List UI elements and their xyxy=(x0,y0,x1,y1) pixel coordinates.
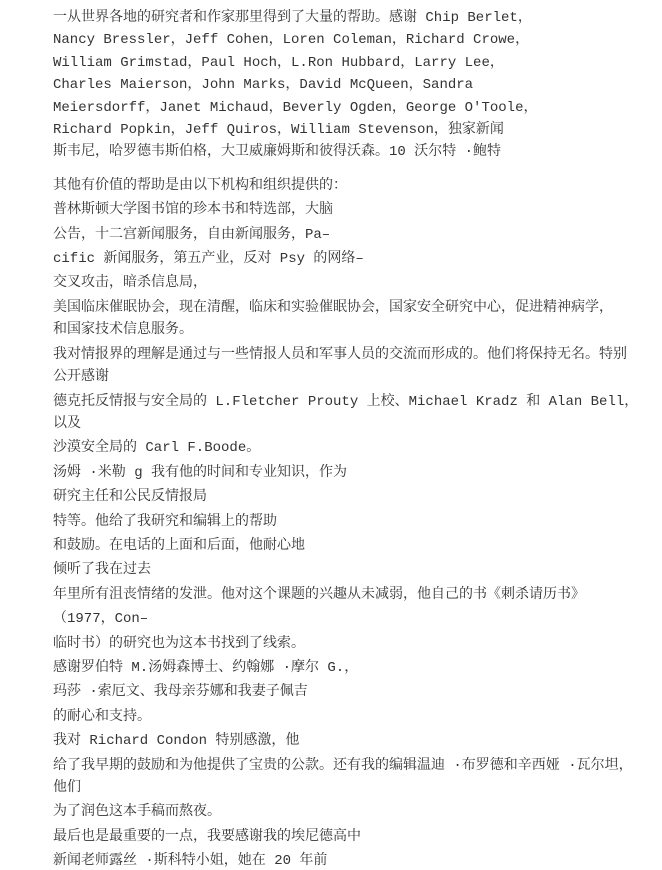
text-line: 沙漠安全局的 Carl F.Boode。 xyxy=(53,440,260,456)
text-line: Nancy Bressler，Jeff Cohen，Loren Coleman，… xyxy=(53,32,529,48)
text-line: 我对 Richard Condon 特别感激，他 xyxy=(53,733,299,749)
text-line: 新闻老师露丝 ·斯科特小姐，她在 20 年前 xyxy=(53,853,327,869)
text-line: 德克托反情报与安全局的 L.Fletcher Prouty 上校、Michael… xyxy=(53,394,638,410)
paragraph: 年里所有沮丧情绪的发泄。他对这个课题的兴趣从未减弱，他自己的书《刺杀请历书》 xyxy=(53,584,648,606)
paragraph: 最后也是最重要的一点，我要感谢我的埃尼德高中 xyxy=(53,826,648,848)
text-line: 给了我早期的鼓励和为他提供了宝贵的公款。还有我的编辑温迪 ·布罗德和辛西娅 ·瓦… xyxy=(53,758,633,774)
document-page: 一从世界各地的研究者和作家那里得到了大量的帮助。感谢 Chip Berlet，N… xyxy=(0,0,662,870)
text-line: 一从世界各地的研究者和作家那里得到了大量的帮助。感谢 Chip Berlet， xyxy=(53,10,532,26)
paragraph: 给了我早期的鼓励和为他提供了宝贵的公款。还有我的编辑温迪 ·布罗德和辛西娅 ·瓦… xyxy=(53,755,648,800)
paragraph: 玛莎 ·索厄文、我母亲芬娜和我妻子佩吉 xyxy=(53,681,648,703)
text-line: Richard Popkin，Jeff Quiros，William Steve… xyxy=(53,122,504,138)
text-line: 临时书）的研究也为这本书找到了线索。 xyxy=(53,636,305,652)
text-line: Meiersdorff，Janet Michaud，Beverly Ogden，… xyxy=(53,100,537,116)
text-line: 年里所有沮丧情绪的发泄。他对这个课题的兴趣从未减弱，他自己的书《刺杀请历书》 xyxy=(53,587,585,603)
paragraph: 其他有价值的帮助是由以下机构和组织提供的： xyxy=(53,175,648,197)
paragraph: 美国临床催眠协会，现在清醒，临床和实验催眠协会，国家安全研究中心，促进精神病学，… xyxy=(53,297,648,342)
text-line: 斯韦尼，哈罗德韦斯伯格，大卫威廉姆斯和彼得沃森。10 沃尔特 ·鲍特 xyxy=(53,144,501,160)
text-line: cific 新闻服务，第五产业，反对 Psy 的网络– xyxy=(53,251,364,267)
text-line: 和国家技术信息服务。 xyxy=(53,322,193,338)
paragraph: 沙漠安全局的 Carl F.Boode。 xyxy=(53,437,648,459)
text-line: 公开感谢 xyxy=(53,369,109,385)
paragraph: 德克托反情报与安全局的 L.Fletcher Prouty 上校、Michael… xyxy=(53,391,648,436)
paragraph: 和鼓励。在电话的上面和后面，他耐心地 xyxy=(53,535,648,557)
paragraph: 我对情报界的理解是通过与一些情报人员和军事人员的交流而形成的。他们将保持无名。特… xyxy=(53,344,648,389)
text-line: 和鼓励。在电话的上面和后面，他耐心地 xyxy=(53,538,305,554)
paragraph: cific 新闻服务，第五产业，反对 Psy 的网络– xyxy=(53,248,648,270)
text-line: 其他有价值的帮助是由以下机构和组织提供的： xyxy=(53,178,347,194)
paragraph: 一从世界各地的研究者和作家那里得到了大量的帮助。感谢 Chip Berlet，N… xyxy=(53,7,648,164)
paragraph: 为了润色这本手稿而熬夜。 xyxy=(53,801,648,823)
paragraph: 研究主任和公民反情报局 xyxy=(53,486,648,508)
text-line: 玛莎 ·索厄文、我母亲芬娜和我妻子佩吉 xyxy=(53,684,308,700)
document-body: 一从世界各地的研究者和作家那里得到了大量的帮助。感谢 Chip Berlet，N… xyxy=(53,7,648,870)
paragraph: 特等。他给了我研究和编辑上的帮助 xyxy=(53,511,648,533)
text-line: 感谢罗伯特 M.汤姆森博士、约翰娜 ·摩尔 G.， xyxy=(53,660,358,676)
text-line: 研究主任和公民反情报局 xyxy=(53,489,207,505)
text-line: 倾听了我在过去 xyxy=(53,562,151,578)
paragraph: 新闻老师露丝 ·斯科特小姐，她在 20 年前 xyxy=(53,850,648,870)
text-line: 最后也是最重要的一点，我要感谢我的埃尼德高中 xyxy=(53,829,361,845)
paragraph: 交叉攻击，暗杀信息局， xyxy=(53,272,648,294)
paragraph: （1977，Con– xyxy=(53,608,648,630)
text-line: 汤姆 ·米勒 g 我有他的时间和专业知识，作为 xyxy=(53,465,347,481)
paragraph: 感谢罗伯特 M.汤姆森博士、约翰娜 ·摩尔 G.， xyxy=(53,657,648,679)
paragraph: 汤姆 ·米勒 g 我有他的时间和专业知识，作为 xyxy=(53,462,648,484)
text-line: 公告，十二宫新闻服务，自由新闻服务，Pa– xyxy=(53,227,330,243)
paragraph: 倾听了我在过去 xyxy=(53,559,648,581)
text-line: 普林斯顿大学图书馆的珍本书和特选部，大脑 xyxy=(53,202,333,218)
paragraph: 的耐心和支持。 xyxy=(53,706,648,728)
text-line: 交叉攻击，暗杀信息局， xyxy=(53,275,207,291)
text-line: 我对情报界的理解是通过与一些情报人员和军事人员的交流而形成的。他们将保持无名。特… xyxy=(53,347,627,363)
text-line: Charles Maierson，John Marks，David McQuee… xyxy=(53,77,473,93)
text-line: 他们 xyxy=(53,780,81,796)
text-line: 美国临床催眠协会，现在清醒，临床和实验催眠协会，国家安全研究中心，促进精神病学， xyxy=(53,300,613,316)
text-line: 的耐心和支持。 xyxy=(53,709,151,725)
paragraph: 普林斯顿大学图书馆的珍本书和特选部，大脑 xyxy=(53,199,648,221)
text-line: William Grimstad，Paul Hoch，L.Ron Hubbard… xyxy=(53,55,504,71)
paragraph: 我对 Richard Condon 特别感激，他 xyxy=(53,730,648,752)
text-line: 特等。他给了我研究和编辑上的帮助 xyxy=(53,514,277,530)
paragraph: 公告，十二宫新闻服务，自由新闻服务，Pa– xyxy=(53,224,648,246)
text-line: 为了润色这本手稿而熬夜。 xyxy=(53,804,221,820)
text-line: （1977，Con– xyxy=(53,611,148,627)
paragraph: 临时书）的研究也为这本书找到了线索。 xyxy=(53,633,648,655)
text-line: 以及 xyxy=(53,416,81,432)
